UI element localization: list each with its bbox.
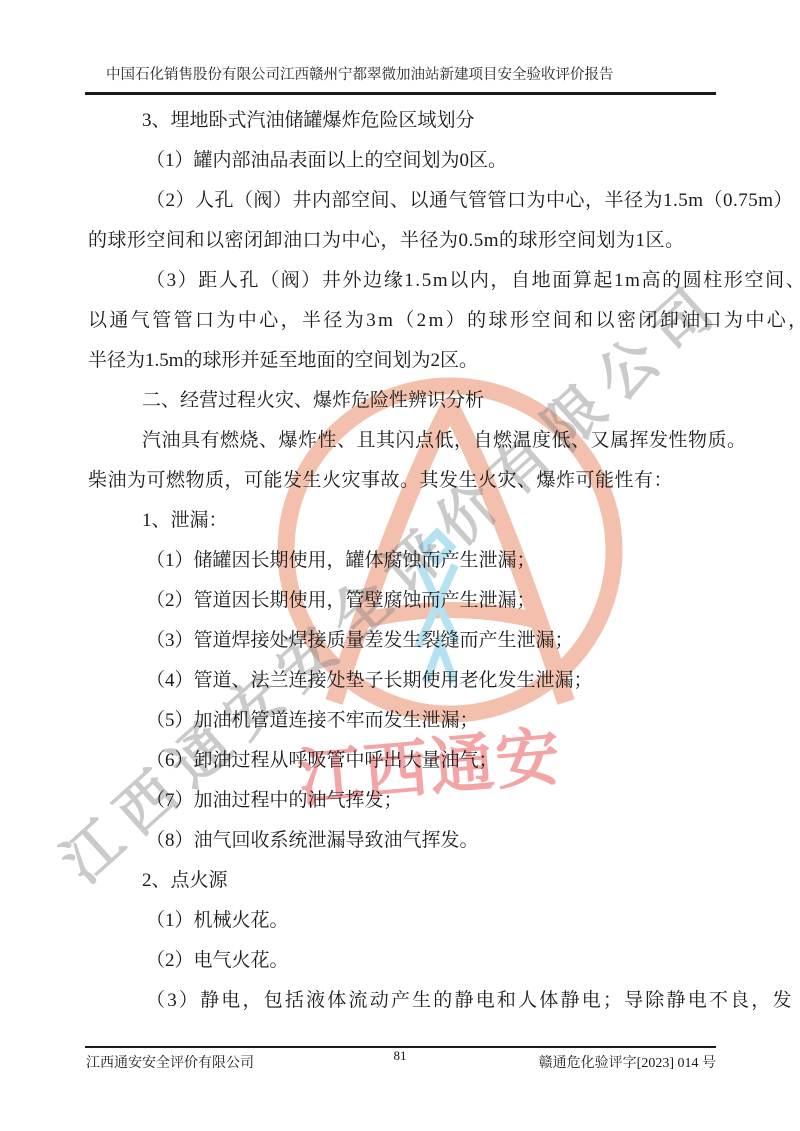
document-page: 江西通安安全评价有限公司 江西通安 中国石化销售股份有限公司江西赣州宁都翠微加油…	[0, 0, 800, 1131]
body-line: 的球形空间和以密闭卸油口为中心，半径为0.5m的球形空间划为1区。	[88, 228, 685, 254]
body-line: （3）管道焊接处焊接质量差发生裂缝而产生泄漏；	[88, 628, 574, 654]
body-line: （6）卸油过程从呼吸管中呼出大量油气；	[88, 748, 498, 774]
body-line: （3）距人孔（阀）井外边缘1.5m以内，自地面算起1m高的圆柱形空间、	[88, 268, 800, 294]
body-line: 柴油为可燃物质，可能发生火灾事故。其发生火灾、爆炸可能性有：	[88, 468, 673, 494]
body-line: （7）加油过程中的油气挥发；	[88, 788, 403, 814]
body-line: （2）管道因长期使用，管壁腐蚀而产生泄漏；	[88, 588, 536, 614]
body-line: 1、泄漏：	[88, 508, 228, 534]
body-line: （8）油气回收系统泄漏导致油气挥发。	[88, 828, 479, 854]
body-line: （1）储罐因长期使用，罐体腐蚀而产生泄漏；	[88, 548, 536, 574]
body-line: （1）罐内部油品表面以上的空间划为0区。	[88, 148, 507, 174]
body-line: （1）机械火花。	[88, 908, 289, 934]
body-line: （2）电气火花。	[88, 948, 289, 974]
body-line: 汽油具有燃烧、爆炸性、且其闪点低，自燃温度低、又属挥发性物质。	[88, 428, 747, 454]
body-line: （5）加油机管道连接不牢而发生泄漏；	[88, 708, 479, 734]
body-line: （2）人孔（阀）井内部空间、以通气管管口为中心，半径为1.5m（0.75m）	[88, 188, 793, 214]
body-line: 以通气管管口为中心，半径为3m（2m）的球形空间和以密闭卸油口为中心，	[88, 308, 800, 334]
body-line: （4）管道、法兰连接处垫子长期使用老化发生泄漏；	[88, 668, 593, 694]
body-line: 2、点火源	[88, 868, 228, 894]
body-line: 半径为1.5m的球形并延至地面的空间划为2区。	[88, 348, 478, 374]
body-line: 3、埋地卧式汽油储罐爆炸危险区域划分	[88, 108, 475, 134]
body-line: 二、经营过程火灾、爆炸危险性辨识分析	[88, 388, 484, 414]
body-text: 3、埋地卧式汽油储罐爆炸危险区域划分（1）罐内部油品表面以上的空间划为0区。（2…	[0, 0, 800, 1131]
body-line: （3）静电，包括液体流动产生的静电和人体静电；导除静电不良，发	[88, 988, 794, 1014]
